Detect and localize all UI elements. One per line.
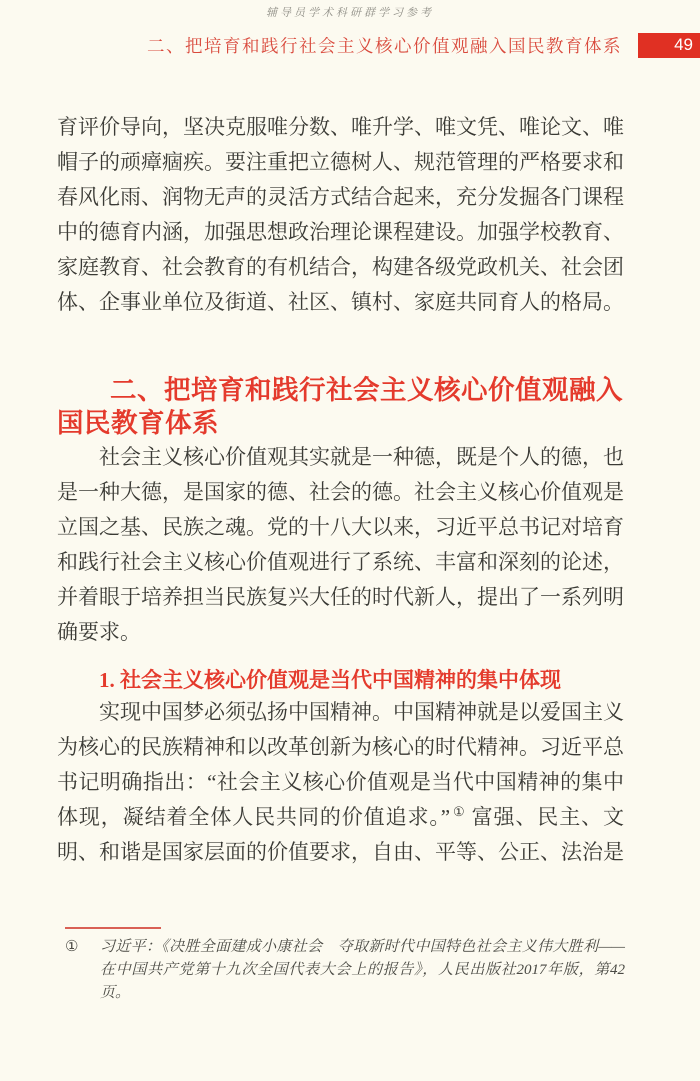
footnote-marker: ① xyxy=(65,936,100,1005)
page-body: 育评价导向，坚决克服唯分数、唯升学、唯文凭、唯论文、唯帽子的顽瘴痼疾。要注重把立… xyxy=(57,110,624,870)
footnote-reference-superscript: ① xyxy=(452,804,465,819)
book-page: 辅导员学术科研群学习参考 二、把培育和践行社会主义核心价值观融入国民教育体系 4… xyxy=(0,0,700,1081)
footnote-text: 习近平：《决胜全面建成小康社会 夺取新时代中国特色社会主义伟大胜利——在中国共产… xyxy=(100,936,625,1005)
page-number-badge: 49 xyxy=(638,33,700,58)
paragraph: 实现中国梦必须弘扬中国精神。中国精神就是以爱国主义为核心的民族精神和以改革创新为… xyxy=(57,695,624,870)
running-header: 二、把培育和践行社会主义核心价值观融入国民教育体系 49 xyxy=(0,32,700,58)
page-number: 49 xyxy=(674,35,693,55)
paragraph: 社会主义核心价值观其实就是一种德，既是个人的德，也是一种大德，是国家的德、社会的… xyxy=(57,440,624,650)
paragraph-continued: 育评价导向，坚决克服唯分数、唯升学、唯文凭、唯论文、唯帽子的顽瘴痼疾。要注重把立… xyxy=(57,110,624,320)
running-header-title: 二、把培育和践行社会主义核心价值观融入国民教育体系 xyxy=(147,33,622,58)
footnote: ① 习近平：《决胜全面建成小康社会 夺取新时代中国特色社会主义伟大胜利——在中国… xyxy=(65,936,625,1005)
watermark-text: 辅导员学术科研群学习参考 xyxy=(0,4,700,20)
section-heading: 二、把培育和践行社会主义核心价值观融入国民教育体系 xyxy=(57,374,624,440)
subsection-heading: 1. 社会主义核心价值观是当代中国精神的集中体现 xyxy=(57,665,624,695)
footnote-divider xyxy=(65,927,161,929)
